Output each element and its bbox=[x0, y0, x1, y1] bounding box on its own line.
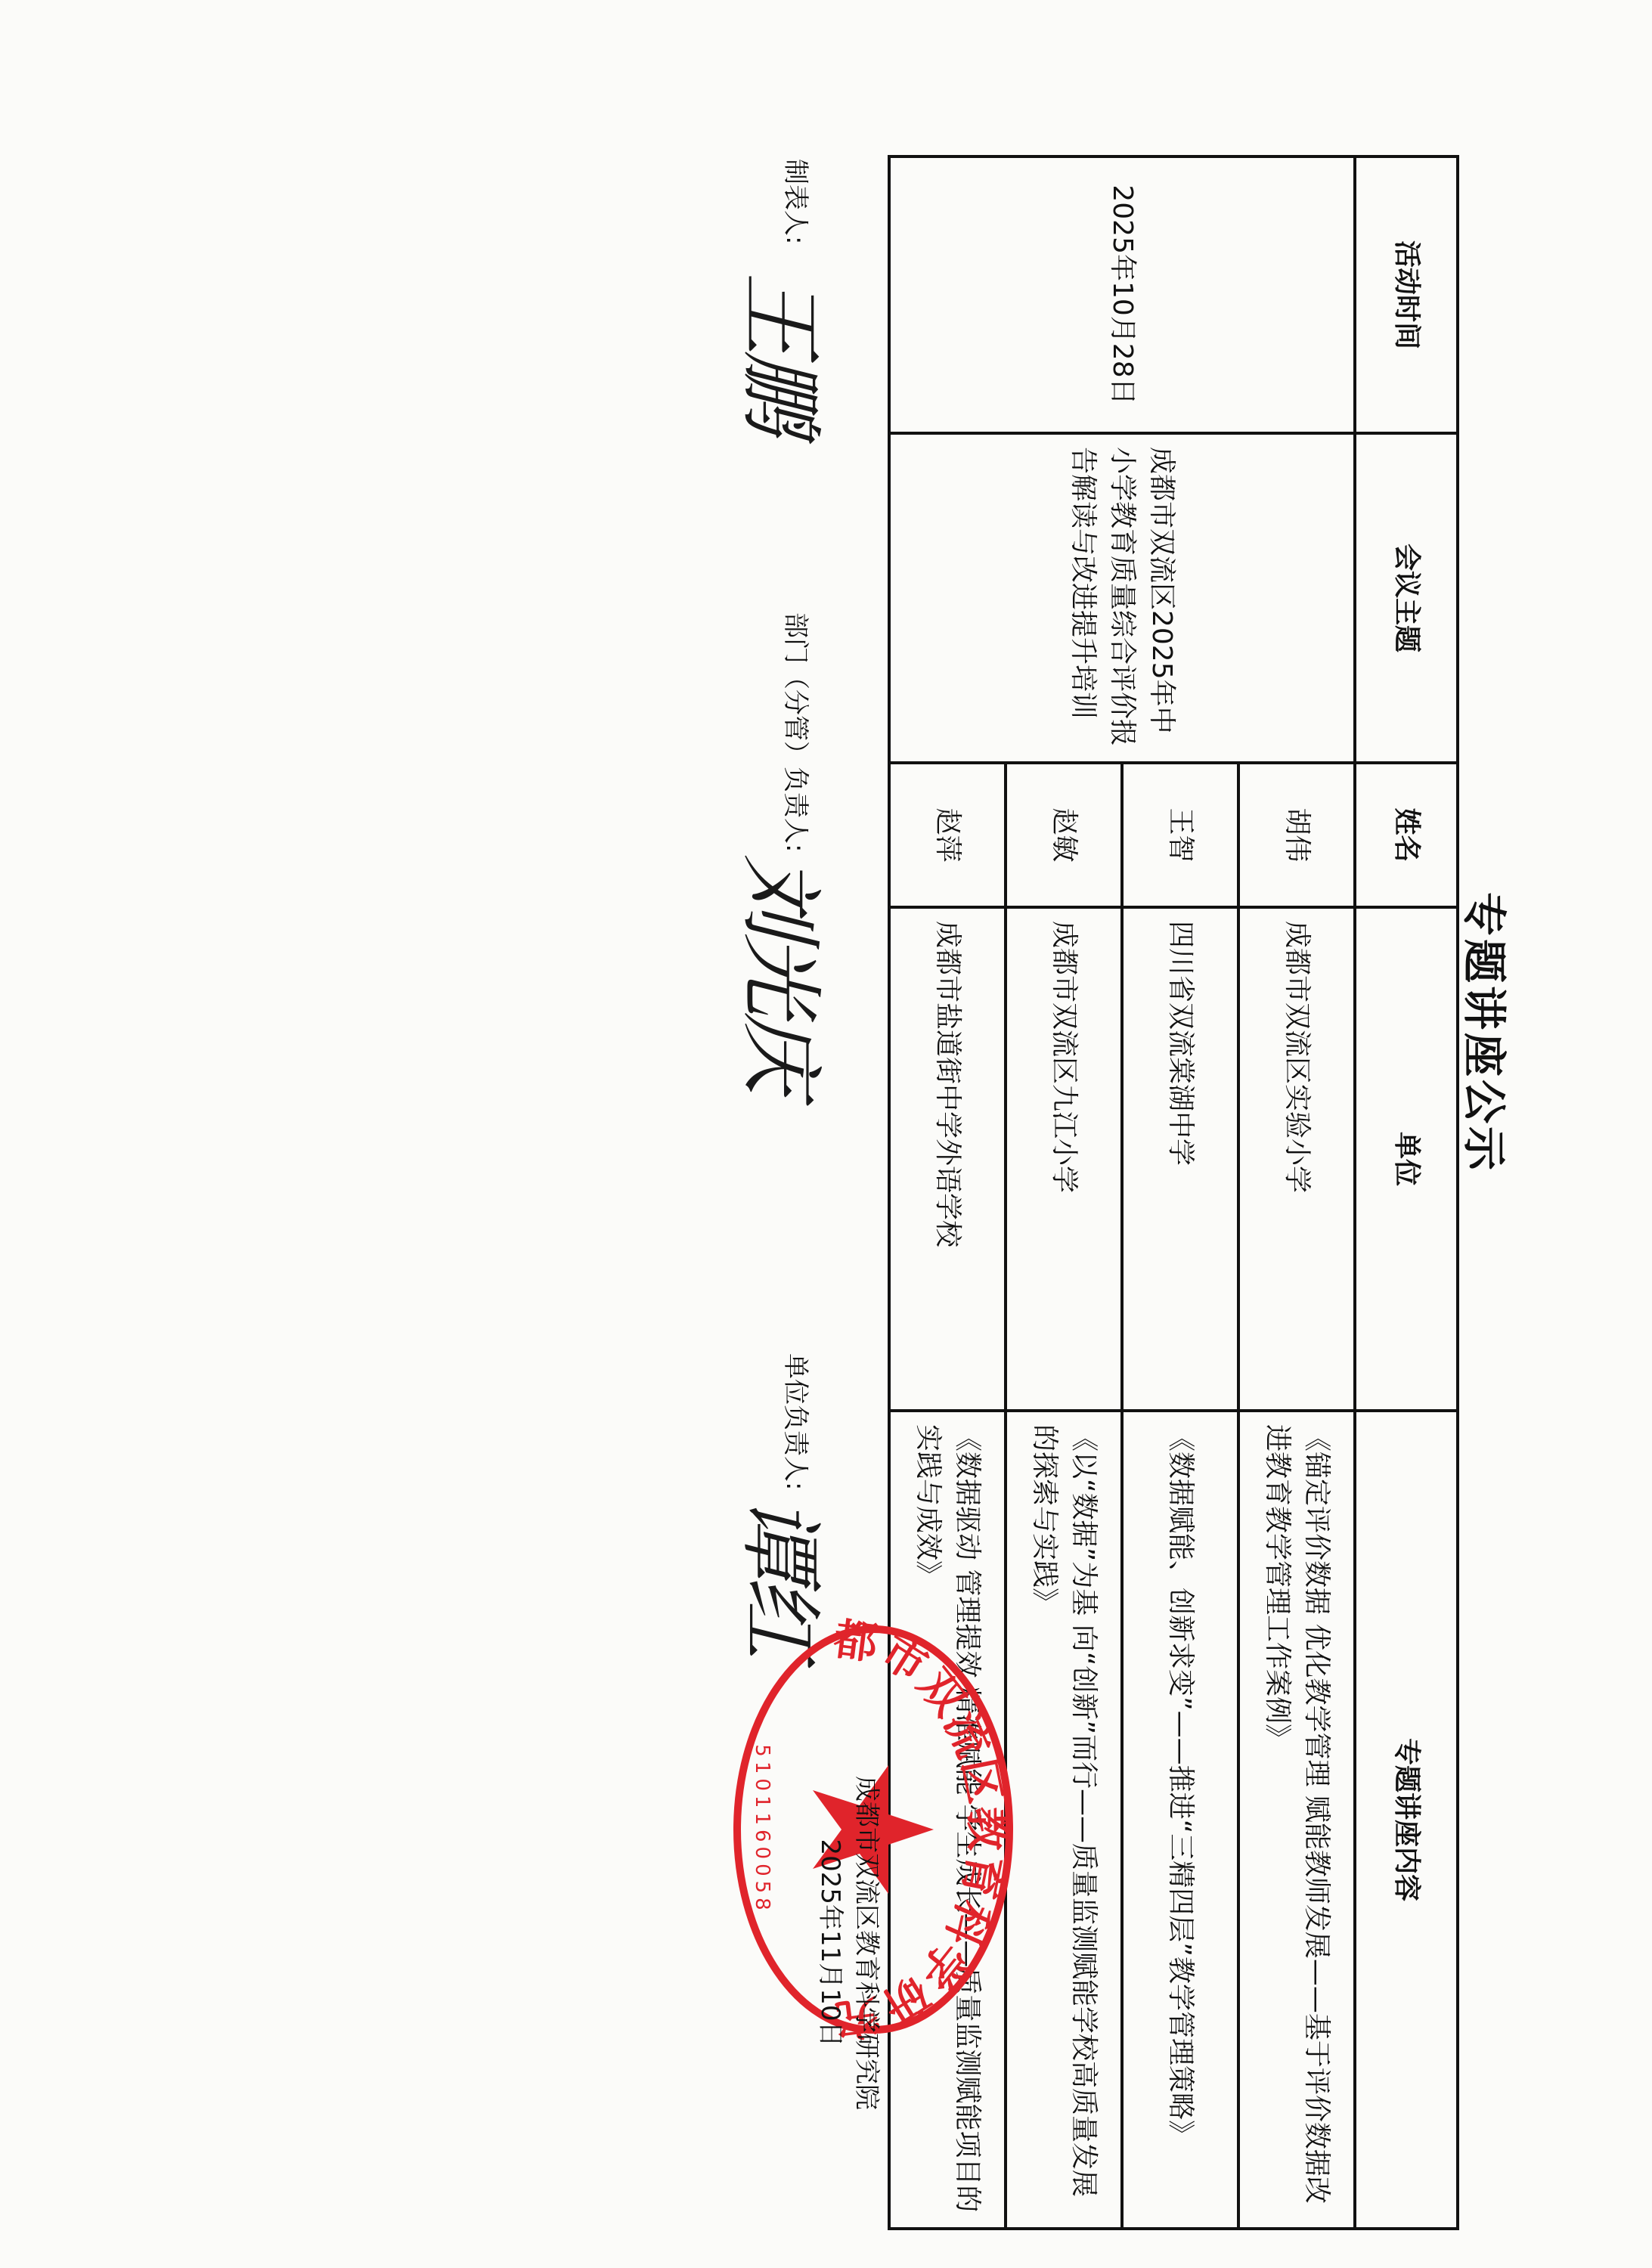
dept-head-label: 部门（分管）负责人: bbox=[780, 612, 817, 852]
header-content: 专题讲座内容 bbox=[1355, 1411, 1458, 2229]
speaker-unit: 成都市双流区实验小学 bbox=[1238, 907, 1355, 1411]
dept-head-signature: 刘光庆 bbox=[727, 854, 847, 1090]
issue-date: 2025年11月10日 bbox=[812, 1716, 848, 2170]
header-unit: 单位 bbox=[1355, 907, 1458, 1411]
speaker-name: 胡伟 bbox=[1238, 763, 1355, 907]
lecture-content: 《锚定评价数据 优化教学管理 赋能教师发展——基于评价数据改进教育教学管理工作案… bbox=[1238, 1411, 1355, 2229]
header-name: 姓名 bbox=[1355, 763, 1458, 907]
maker-label: 制表人: bbox=[780, 159, 817, 244]
header-time: 活动时间 bbox=[1355, 156, 1458, 433]
seal-code: 5101160058 bbox=[751, 1744, 773, 1914]
header-topic: 会议主题 bbox=[1355, 433, 1458, 763]
speaker-unit: 四川省双流棠湖中学 bbox=[1122, 907, 1238, 1411]
document-title: 专题讲座公示 bbox=[1456, 892, 1520, 1173]
unit-head-label: 单位负责人: bbox=[780, 1353, 817, 1490]
speaker-name: 王智 bbox=[1122, 763, 1238, 907]
table-header-row: 活动时间 会议主题 姓名 单位 专题讲座内容 bbox=[1355, 156, 1458, 2229]
lecture-content: 《数据赋能、创新求变”——推进“三精四层”教学管理策略》 bbox=[1122, 1411, 1238, 2229]
activity-time: 2025年10月28日 bbox=[889, 156, 1355, 433]
document-page: 专题讲座公示 活动时间 会议主题 姓名 单位 专题讲座内容 2025年10月28… bbox=[0, 0, 1652, 2268]
issuer-name: 成都市双流区教育科学研究院 bbox=[848, 1716, 885, 2170]
speaker-name: 赵萍 bbox=[889, 763, 1006, 907]
speaker-unit: 成都市盐道街中学外语学校 bbox=[889, 907, 1006, 1411]
maker-signature: 王鹏 bbox=[727, 272, 847, 429]
meeting-topic: 成都市双流区2025年中小学教育质量综合评价报告解读与改进提升培训 bbox=[889, 433, 1355, 763]
issuer-block: 成都市双流区教育科学研究院 2025年11月10日 bbox=[812, 1716, 885, 2170]
table-row: 2025年10月28日 成都市双流区2025年中小学教育质量综合评价报告解读与改… bbox=[1238, 156, 1355, 2229]
speaker-unit: 成都市双流区九江小学 bbox=[1006, 907, 1122, 1411]
speaker-name: 赵敏 bbox=[1006, 763, 1122, 907]
